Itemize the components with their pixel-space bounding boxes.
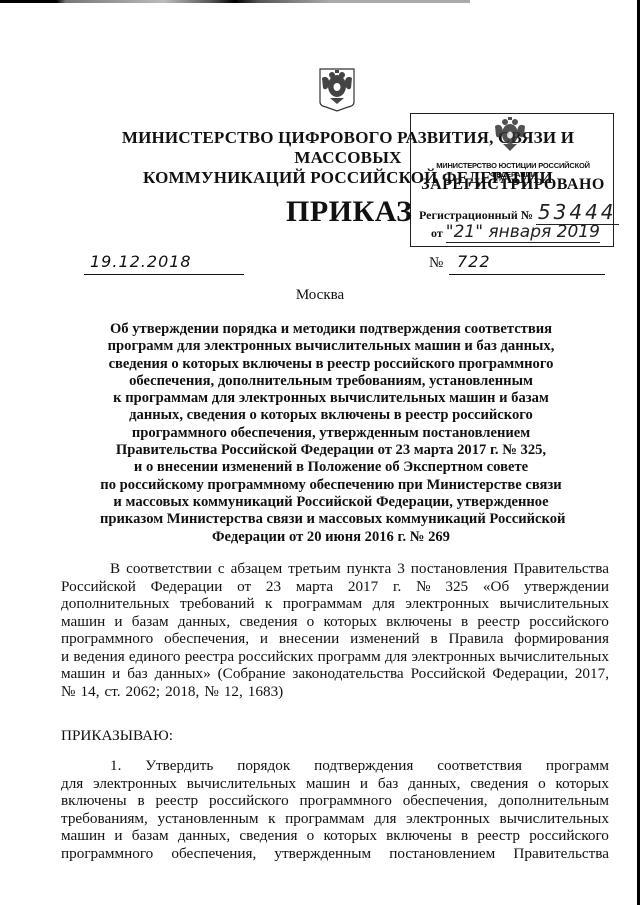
preamble-line: дополнительныхтребованийкпрограммамдляэл… — [61, 595, 609, 613]
order-date: 19.12.2018 — [90, 252, 192, 271]
preamble-line: машинибазданных»(Собраниезаконодательств… — [61, 665, 609, 683]
subject-line: сведения о которых включены в реестр рос… — [100, 356, 562, 373]
preamble-line: иведенияединогореестрароссийскихпрограмм… — [61, 648, 609, 666]
coat-of-arms-icon — [318, 66, 356, 112]
stamp-date-value: "21" января 2019 — [446, 222, 600, 243]
subject-line: и массовых коммуникаций Российской Федер… — [100, 494, 562, 511]
order-number-label: № — [429, 255, 443, 272]
order-item-1: 1.Утвердитьпорядокподтверждениясоответст… — [61, 757, 609, 862]
preamble-line: машинибазамданных,сведенияокоторыхвключе… — [61, 613, 609, 631]
item1-line: машинибазамданных,сведенияокоторыхвключе… — [61, 827, 609, 845]
subject-line: Федерации от 20 июня 2016 г. № 269 — [100, 529, 562, 546]
subject-line: Об утверждении порядка и методики подтве… — [100, 321, 562, 338]
item1-line: требованиям,установленнымкпрограммамдляэ… — [61, 810, 609, 828]
order-date-field: 19.12.2018 — [84, 250, 244, 275]
subject-line: данных, сведения о которых включены в ре… — [100, 407, 562, 424]
preamble-line: РоссийскойФедерацииот23марта2017г.№325«О… — [61, 578, 609, 596]
preamble-line: Всоответствиисабзацемтретьимпункта3поста… — [61, 560, 609, 578]
item1-line: программногообеспечения,утвержденнымпост… — [61, 845, 609, 863]
item1-line: дляэлектронныхвычислительныхмашинибаздан… — [61, 775, 609, 793]
city: Москва — [0, 287, 640, 304]
subject-line: Правительства Российской Федерации от 23… — [100, 442, 562, 459]
preamble-paragraph: Всоответствиисабзацемтретьимпункта3поста… — [61, 560, 609, 700]
item1-line: 1.Утвердитьпорядокподтверждениясоответст… — [61, 757, 609, 775]
stamp-title: ЗАРЕГИСТРИРОВАНО — [411, 176, 615, 194]
subject-line: к программам для электронных вычислитель… — [100, 390, 562, 407]
subject-line: программного обеспечения, утвержденным п… — [100, 425, 562, 442]
item1-line: включенывреестрроссийскогопрограммногооб… — [61, 792, 609, 810]
preamble-line: программногообеспечения,ивнесенииизменен… — [61, 630, 609, 648]
scan-artifact-top — [0, 0, 470, 3]
stamp-date: от "21" января 2019 — [431, 222, 600, 242]
order-number-field: 722 — [449, 250, 605, 275]
subject-line: и о внесении изменений в Положение об Эк… — [100, 459, 562, 476]
stamp-coat-of-arms-icon — [493, 116, 527, 152]
stamp-registration-number: Регистрационный № 53444 — [419, 200, 619, 224]
order-subject: Об утверждении порядка и методики подтве… — [100, 321, 562, 546]
preamble-line: №14,ст.2062;2018,№12,1683) — [61, 683, 609, 701]
registration-stamp: МИНИСТЕРСТВО ЮСТИЦИИ РОССИЙСКОЙ ФЕДЕРАЦИ… — [410, 113, 614, 247]
order-title: ПРИКАЗ — [286, 195, 413, 229]
subject-line: обеспечения, дополнительным требованиям,… — [100, 373, 562, 390]
subject-line: приказом Министерства связи и массовых к… — [100, 511, 562, 528]
stamp-date-prefix: от — [431, 226, 443, 240]
stamp-reg-label: Регистрационный № — [419, 208, 533, 222]
order-directive: ПРИКАЗЫВАЮ: — [61, 727, 173, 745]
subject-line: по российскому программному обеспечению … — [100, 477, 562, 494]
subject-line: программ для электронных вычислительных … — [100, 338, 562, 355]
order-number: 722 — [457, 252, 491, 271]
